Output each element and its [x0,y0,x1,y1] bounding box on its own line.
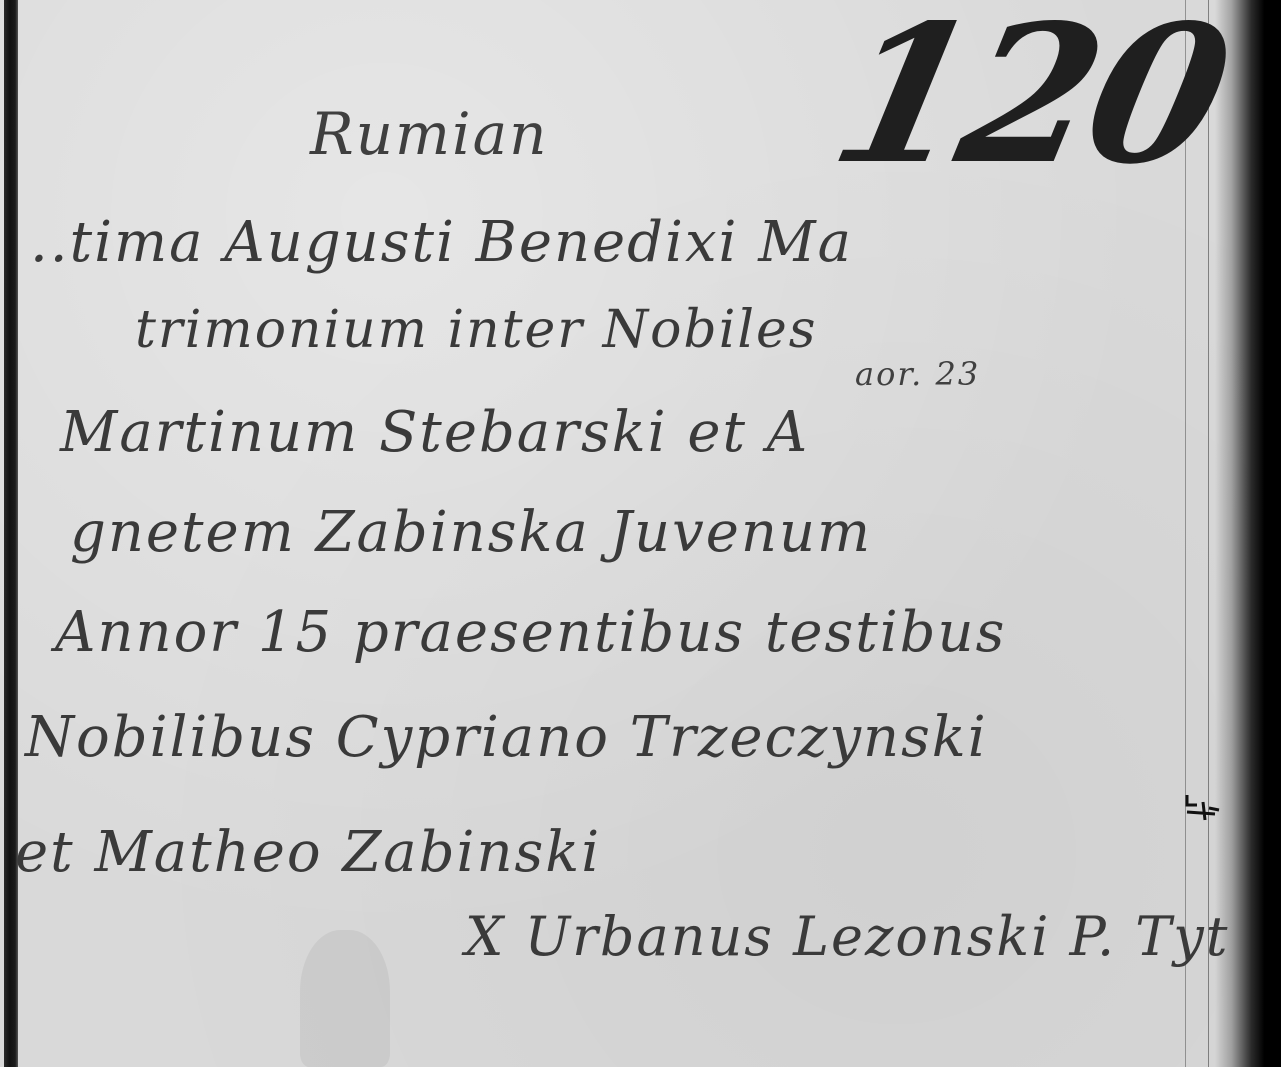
folio-number: 120 [820,0,1239,190]
priest-signature: X Urbanus Lezonski P. Tyt [465,905,1230,968]
entry-line-2: trimonium inter Nobiles [135,300,817,360]
entry-heading-place: Rumian [310,100,549,168]
edge-ink-mark-icon [1185,790,1225,840]
entry-line-4: gnetem Zabinska Juvenum [70,500,872,565]
entry-line-5: Annor 15 praesentibus testibus [55,600,1006,665]
entry-line-3: Martinum Stebarski et A [60,400,809,465]
interlinear-age-note: aor. 23 [855,355,980,393]
entry-line-1: ..tima Augusti Benedixi Ma [30,210,853,275]
left-binding-edge [4,0,18,1067]
manuscript-page: 120 Rumian ..tima Augusti Benedixi Ma tr… [0,0,1281,1067]
entry-line-6: Nobilibus Cypriano Trzeczynski [25,705,988,770]
water-stain [300,930,390,1067]
entry-line-7: et Matheo Zabinski [15,820,601,885]
